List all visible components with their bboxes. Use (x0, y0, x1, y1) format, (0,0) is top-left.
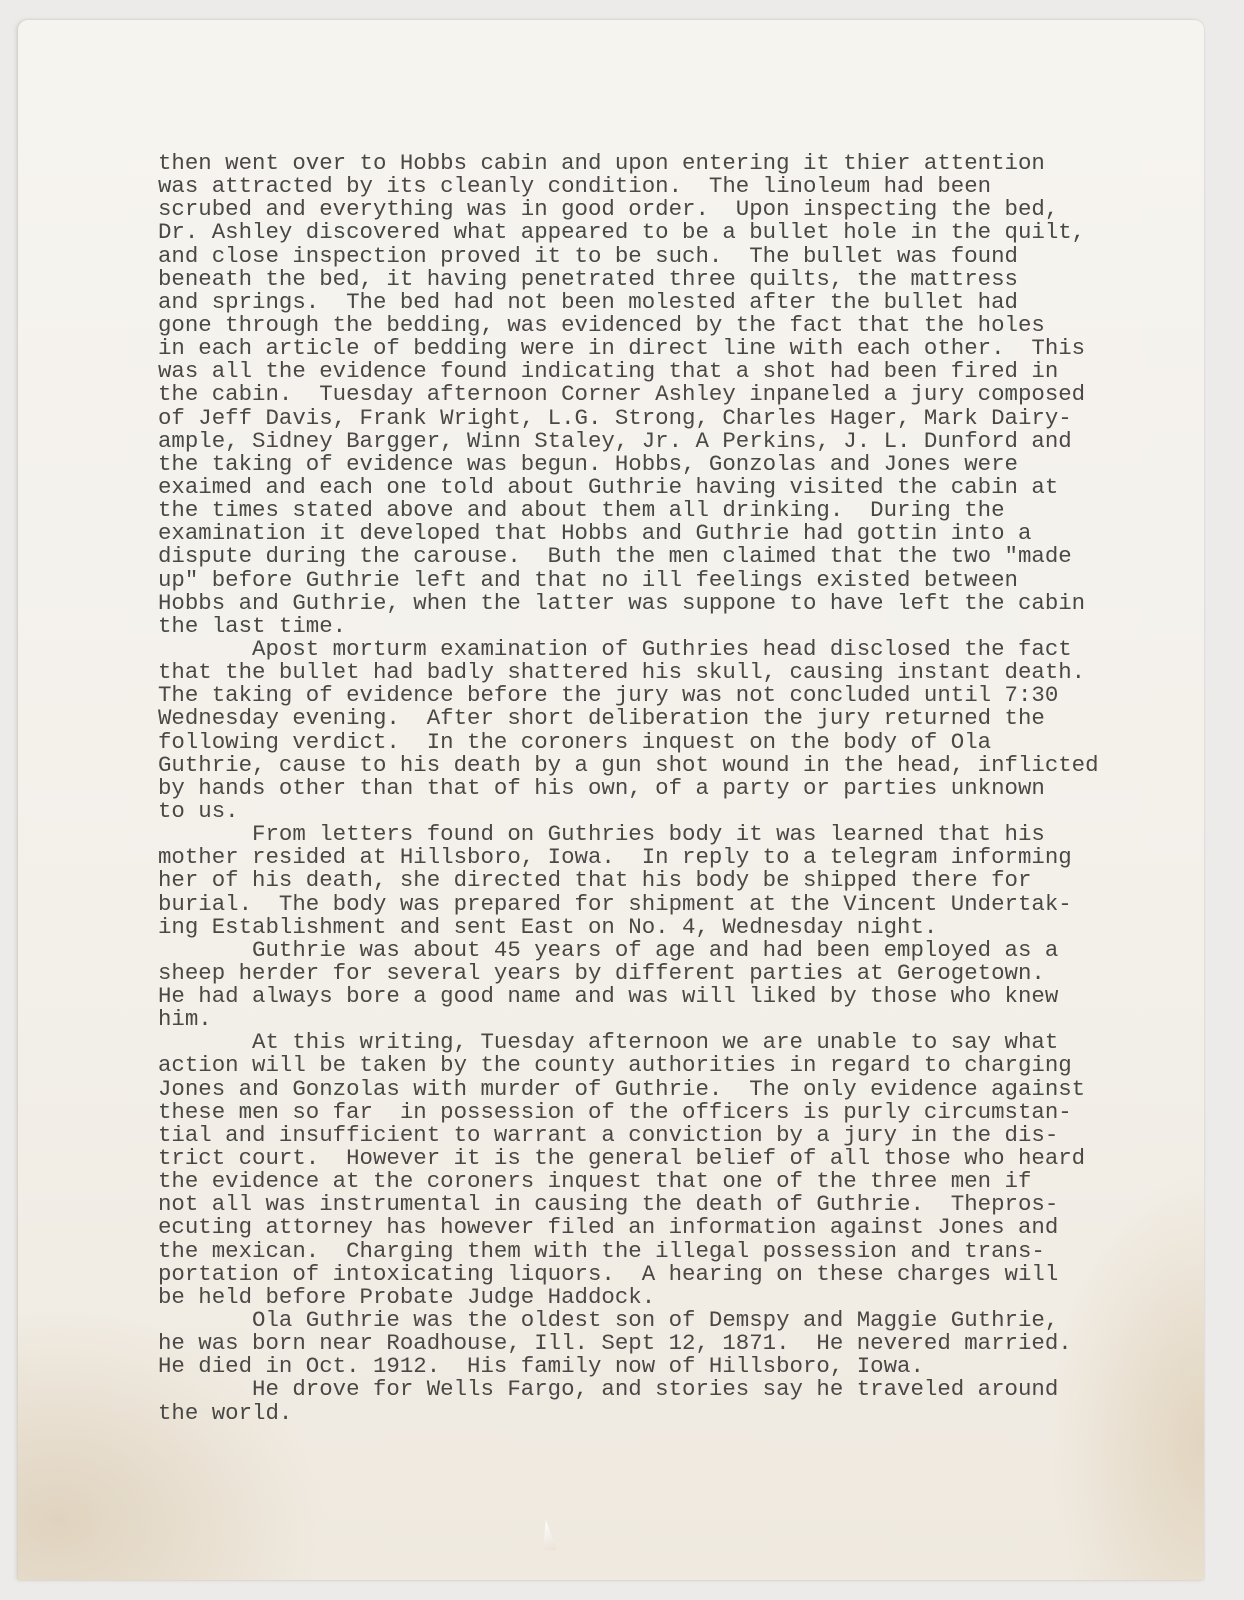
text-line: the mexican. Charging them with the ille… (158, 1240, 1198, 1263)
text-line: these men so far in possession of the of… (158, 1101, 1198, 1124)
text-line: and close inspection proved it to be suc… (158, 245, 1198, 268)
text-line: by hands other than that of his own, of … (158, 777, 1198, 800)
text-line: was attracted by its cleanly condition. … (158, 175, 1198, 198)
text-line: scrubed and everything was in good order… (158, 198, 1198, 221)
text-line: He died in Oct. 1912. His family now of … (158, 1355, 1198, 1378)
text-line: ing Establishment and sent East on No. 4… (158, 916, 1198, 939)
text-line: her of his death, she directed that his … (158, 869, 1198, 892)
text-line: then went over to Hobbs cabin and upon e… (158, 152, 1198, 175)
text-line: in each article of bedding were in direc… (158, 337, 1198, 360)
text-line: The taking of evidence before the jury w… (158, 684, 1198, 707)
text-line: he was born near Roadhouse, Ill. Sept 12… (158, 1332, 1198, 1355)
text-line: Dr. Ashley discovered what appeared to b… (158, 221, 1198, 244)
text-line: tial and insufficient to warrant a convi… (158, 1124, 1198, 1147)
text-line: the evidence at the coroners inquest tha… (158, 1170, 1198, 1193)
text-line: From letters found on Guthries body it w… (158, 823, 1198, 846)
text-line: ample, Sidney Bargger, Winn Staley, Jr. … (158, 430, 1198, 453)
text-line: dispute during the carouse. Buth the men… (158, 545, 1198, 568)
text-line: Ola Guthrie was the oldest son of Demspy… (158, 1309, 1198, 1332)
text-line: Wednesday evening. After short deliberat… (158, 707, 1198, 730)
text-line: sheep herder for several years by differ… (158, 962, 1198, 985)
text-line: the taking of evidence was begun. Hobbs,… (158, 453, 1198, 476)
text-line: that the bullet had badly shattered his … (158, 661, 1198, 684)
text-line: Jones and Gonzolas with murder of Guthri… (158, 1078, 1198, 1101)
text-line: ecuting attorney has however filed an in… (158, 1216, 1198, 1239)
text-line: Hobbs and Guthrie, when the latter was s… (158, 592, 1198, 615)
paper-tear-mark (543, 1520, 557, 1550)
text-line: the times stated above and about them al… (158, 499, 1198, 522)
text-line: the last time. (158, 615, 1198, 638)
text-line: trict court. However it is the general b… (158, 1147, 1198, 1170)
text-line: to us. (158, 800, 1198, 823)
text-line: the world. (158, 1402, 1198, 1425)
text-line: mother resided at Hillsboro, Iowa. In re… (158, 846, 1198, 869)
text-line: not all was instrumental in causing the … (158, 1193, 1198, 1216)
text-line: and springs. The bed had not been molest… (158, 291, 1198, 314)
text-line: He had always bore a good name and was w… (158, 985, 1198, 1008)
text-line: exaimed and each one told about Guthrie … (158, 476, 1198, 499)
paper-sheet: then went over to Hobbs cabin and upon e… (18, 20, 1204, 1580)
text-line: up" before Guthrie left and that no ill … (158, 569, 1198, 592)
text-line: He drove for Wells Fargo, and stories sa… (158, 1378, 1198, 1401)
text-line: Guthrie, cause to his death by a gun sho… (158, 754, 1198, 777)
text-line: action will be taken by the county autho… (158, 1054, 1198, 1077)
text-line: him. (158, 1008, 1198, 1031)
text-line: beneath the bed, it having penetrated th… (158, 268, 1198, 291)
text-line: was all the evidence found indicating th… (158, 360, 1198, 383)
text-line: Apost morturm examination of Guthries he… (158, 638, 1198, 661)
text-line: portation of intoxicating liquors. A hea… (158, 1263, 1198, 1286)
text-line: Guthrie was about 45 years of age and ha… (158, 939, 1198, 962)
text-line: the cabin. Tuesday afternoon Corner Ashl… (158, 383, 1198, 406)
text-line: be held before Probate Judge Haddock. (158, 1286, 1198, 1309)
text-line: examination it developed that Hobbs and … (158, 522, 1198, 545)
text-line: burial. The body was prepared for shipme… (158, 893, 1198, 916)
text-line: gone through the bedding, was evidenced … (158, 314, 1198, 337)
text-line: of Jeff Davis, Frank Wright, L.G. Strong… (158, 407, 1198, 430)
text-line: At this writing, Tuesday afternoon we ar… (158, 1031, 1198, 1054)
text-line: following verdict. In the coroners inque… (158, 731, 1198, 754)
typewritten-text-block: then went over to Hobbs cabin and upon e… (158, 152, 1198, 1425)
